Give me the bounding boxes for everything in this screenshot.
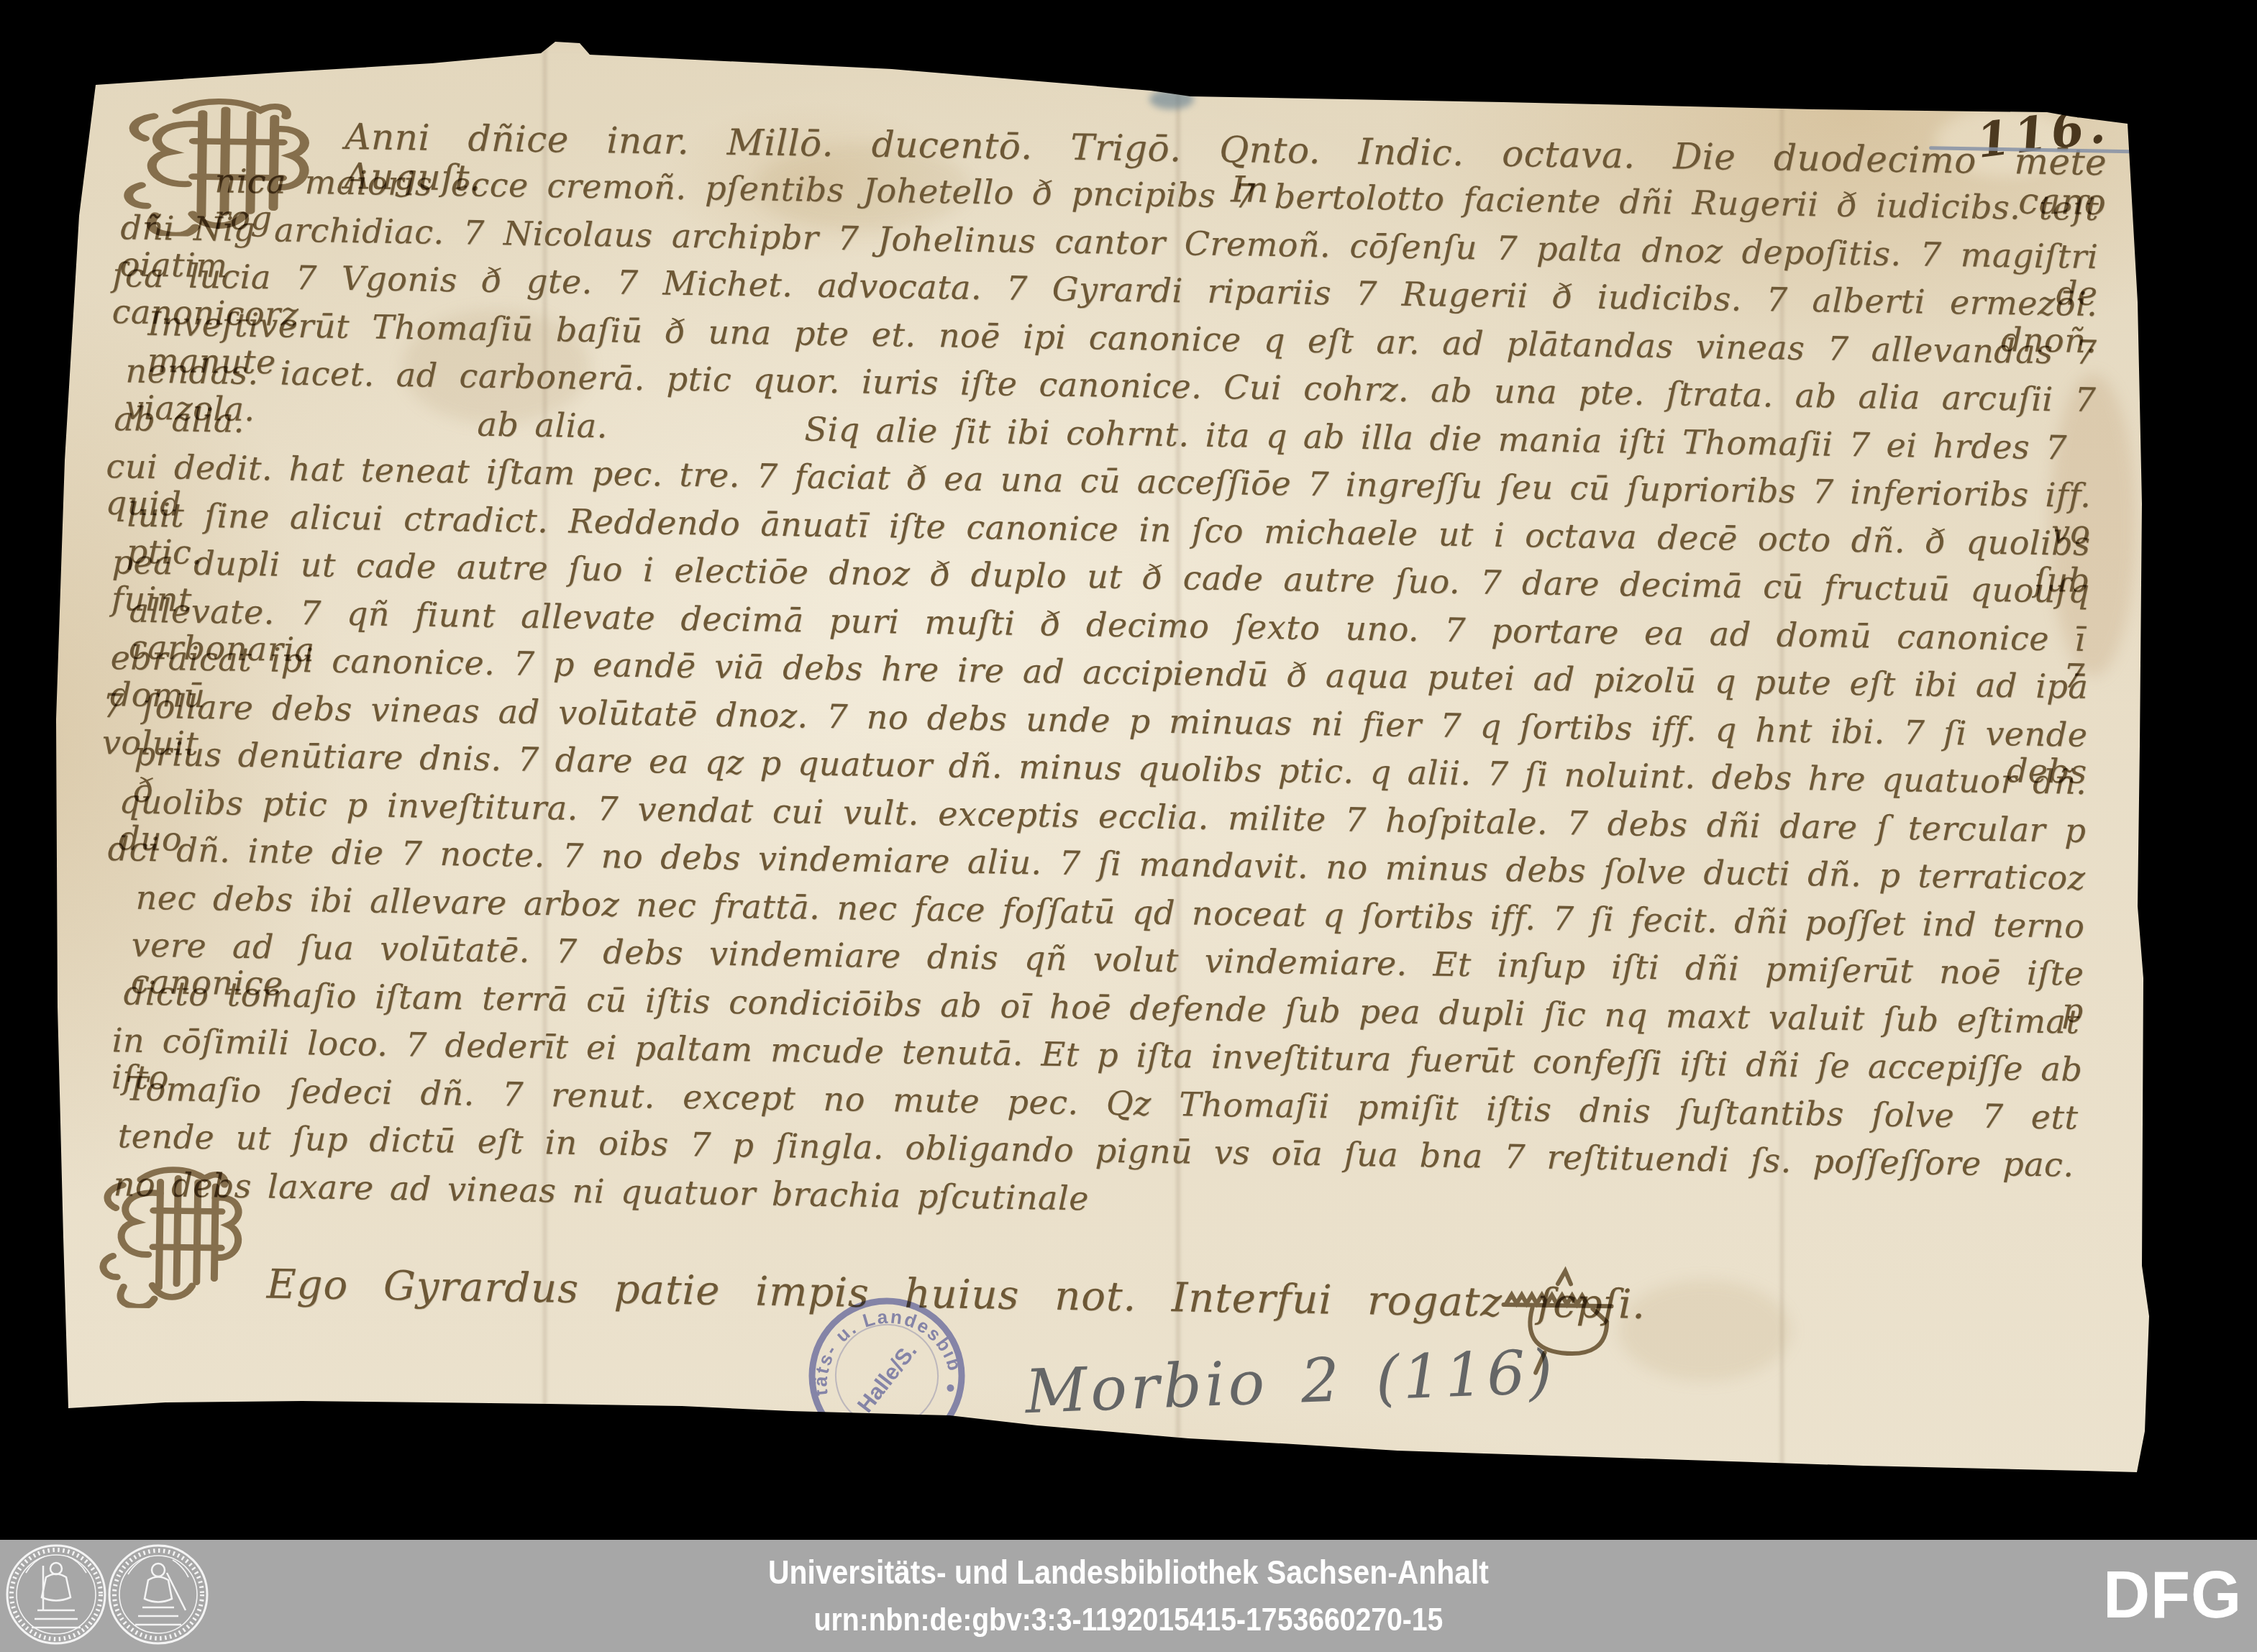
parchment-charter: Anni dñice inar. Millō. ducentō. Trigō. … xyxy=(0,0,2257,1652)
blue-smudge xyxy=(1149,89,1194,109)
boundary-phrase: ab alia. xyxy=(477,406,608,444)
manuscript-line: no debs laxare ad vineas ni quatuor brac… xyxy=(113,1166,1089,1217)
urn-identifier: urn:nbn:de:gbv:3:3-1192015415-1753660270… xyxy=(814,1601,1444,1638)
footer-bar: Universitäts- und Landesbibliothek Sachs… xyxy=(0,1540,2257,1652)
university-seal-icon xyxy=(109,1546,207,1643)
digitized-document-page: Anni dñice inar. Millō. ducentō. Trigō. … xyxy=(0,0,2257,1652)
dfg-logo: DFG xyxy=(2103,1558,2242,1633)
university-seal-icon xyxy=(7,1546,105,1643)
stamp-center-text: Halle/S. xyxy=(852,1338,922,1418)
library-name: Universitäts- und Landesbibliothek Sachs… xyxy=(768,1552,1489,1592)
university-seals xyxy=(1,1541,224,1651)
boundary-phrase: ab alia. xyxy=(114,401,245,439)
library-stamp: täts- u. Landesbibliothek Halle/S. xyxy=(789,1278,985,1474)
interlaced-monogram-icon xyxy=(90,1164,247,1310)
manuscript-text-block: Anni dñice inar. Millō. ducentō. Trigō. … xyxy=(88,108,2186,1477)
stamp-dot xyxy=(947,1384,955,1392)
